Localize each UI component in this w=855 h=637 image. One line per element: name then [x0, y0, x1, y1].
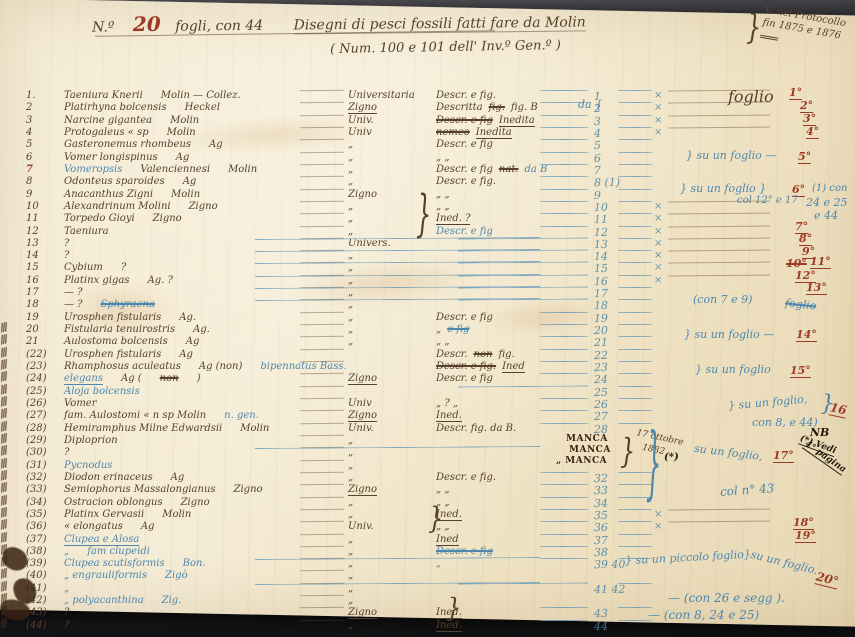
handwritten-text: Zigno [153, 213, 182, 224]
blue-pencil-line [618, 188, 652, 189]
connector-line [300, 164, 344, 165]
description-note: Descr.nonfig. [436, 349, 521, 360]
margin-annotation: 5° [798, 150, 811, 163]
handwritten-text: Descr. e fig [436, 226, 493, 237]
donor-collection: Univ. [348, 115, 374, 126]
specimen-name: Diploprion [64, 435, 136, 446]
row-number: (39) [26, 558, 62, 569]
blue-pencil-line [540, 114, 588, 115]
connector-line [300, 620, 344, 621]
donor-collection: Univ. [348, 423, 374, 434]
blue-pencil-line [540, 361, 588, 362]
handwritten-text: nemeo [436, 127, 470, 138]
row-number: 4 [26, 127, 62, 138]
margin-annotation: } su un piccolo foglio} [625, 548, 751, 568]
handwritten-text: fam clupeidi [87, 546, 150, 557]
sequence-number: 37 [594, 533, 608, 546]
handwritten-text: „ [436, 558, 441, 569]
margin-annotation: — (con 8, 24 e 25) [648, 608, 759, 622]
row-number: 1. [26, 90, 62, 101]
blue-pencil-line [618, 225, 652, 226]
description-note: „ „ [436, 201, 456, 212]
handwritten-text: — ? [64, 287, 83, 298]
donor-collection: „ [348, 164, 353, 175]
description-note: „ „ [436, 189, 456, 200]
x-checkmark: × [654, 521, 662, 532]
row-number: 10 [26, 201, 62, 212]
specimen-name: Alexandrinum MoliniZigno [64, 201, 236, 212]
handwritten-text: „ „ [436, 484, 450, 495]
grouping-brace: } [620, 434, 635, 458]
specimen-name: Urosphen fistularisAg. [64, 312, 214, 323]
connector-line [300, 151, 344, 152]
donor-collection: „ [348, 287, 353, 298]
blue-pencil-line [540, 620, 588, 621]
handwritten-text: Vomer [64, 398, 97, 409]
sequence-number: 19 [594, 312, 608, 325]
handwritten-text: su un foglio. [749, 548, 819, 577]
manuscript-content: N.º 20 fogli, con 44 Disegni di pesci fo… [0, 0, 855, 637]
connector-line [300, 349, 344, 350]
handwritten-text: } [446, 595, 461, 621]
sequence-number: 44 [594, 620, 608, 633]
row-number: (27) [26, 410, 62, 421]
x-checkmark: × [654, 275, 662, 286]
blue-pencil-line [618, 361, 652, 362]
description-note: Ined. [436, 410, 468, 421]
handwritten-text: Zigno [189, 201, 218, 212]
description-note: „e fig [436, 324, 475, 335]
handwritten-text: bipennatus Bass. [260, 361, 346, 372]
handwritten-text: Ined. [436, 410, 462, 422]
margin-annotation: su un foglio. [749, 548, 819, 577]
handwritten-text: elegans [64, 373, 103, 385]
handwritten-text: Cybium [64, 262, 103, 273]
handwritten-text: Odonteus sparoides [64, 176, 165, 187]
margin-annotation: 2° [800, 99, 813, 112]
row-number: 11 [26, 213, 62, 224]
handwritten-text: Ag [209, 139, 223, 150]
handwritten-text: non [160, 373, 179, 384]
blue-pencil-line [618, 238, 652, 239]
handwritten-text: Descritta [436, 102, 483, 113]
specimen-name: Platinx gigasAg. ? [64, 275, 191, 286]
handwritten-text: da { [578, 98, 602, 111]
row-number: 19 [26, 312, 62, 323]
margin-annotation: } su un foglio — [684, 328, 774, 341]
blue-pencil-line [618, 164, 652, 165]
connector-line [300, 102, 344, 103]
description-note: „ „ [436, 152, 456, 163]
margin-annotation: 8° [799, 232, 812, 245]
sequence-number: 38 [594, 546, 608, 559]
donor-collection: Univers. [348, 238, 391, 249]
handwritten-text: Zigò [165, 570, 188, 581]
specimen-name: Taeniura [64, 226, 127, 237]
blue-pencil-line [540, 201, 588, 202]
row-number: (31) [26, 460, 62, 471]
blue-pencil-line [618, 139, 652, 140]
handwritten-text: col 12° e 17 [737, 195, 798, 206]
handwritten-text: e 44 [814, 209, 838, 222]
handwritten-text: Taeniura [64, 226, 109, 237]
connector-line [300, 139, 344, 140]
blue-pencil-line [540, 496, 588, 497]
handwritten-text: 4° [806, 125, 819, 139]
donor-collection: „ [348, 336, 353, 347]
connector-line [300, 607, 344, 608]
blue-pencil-line [618, 386, 652, 387]
handwritten-text: 3° [803, 112, 816, 126]
sequence-number: 36 [594, 521, 608, 534]
handwritten-text: Ag. [179, 312, 196, 323]
specimen-name: Odonteus sparoidesAg [64, 176, 214, 187]
connector-line [300, 521, 344, 522]
handwritten-text: „ „ [436, 189, 450, 200]
specimen-name: Semiophorus MassalongianusZigno [64, 484, 281, 495]
description-note: Descr. e fig. [436, 176, 502, 187]
description-note: „ [436, 558, 447, 569]
blue-pencil-line [540, 164, 588, 165]
donor-collection: „ [348, 152, 353, 163]
handwritten-text: 14° [796, 328, 817, 342]
description-note: Descr. fig. da B. [436, 423, 522, 434]
row-number: (30) [26, 447, 62, 458]
blue-pencil-line [618, 521, 652, 522]
handwritten-text: Descr. e fig. [436, 176, 496, 187]
blue-pencil-line [618, 287, 652, 288]
margin-annotation: 1° [789, 86, 802, 99]
blue-pencil-line [540, 558, 588, 559]
handwritten-text: Descr. fig. da B. [436, 423, 516, 434]
handwritten-text: Hemiramphus Milne Edwardsii [64, 423, 222, 434]
handwritten-text: e fig [447, 324, 469, 335]
connector-line [668, 274, 770, 276]
handwritten-text: Descr. e fig [436, 546, 493, 557]
handwritten-text: foglio [728, 87, 774, 106]
margin-annotation: MANCA [569, 445, 611, 455]
connector-line [300, 312, 344, 313]
handwritten-text: fig. B [511, 102, 538, 113]
description-note: „ ? „ [436, 398, 464, 409]
handwritten-text: fig. [489, 102, 505, 113]
sequence-number: 18 [594, 299, 608, 312]
margin-annotation: 17° [773, 449, 794, 462]
row-number: 20 [26, 324, 62, 335]
connector-line [300, 324, 344, 325]
connector-line [300, 484, 344, 485]
donor-collection: „ [348, 299, 353, 310]
blue-pencil-line [618, 262, 652, 263]
row-number: (40) [26, 570, 62, 581]
specimen-name: Rhamphosus aculeatusAg (non)bipennatus B… [64, 361, 365, 372]
blue-pencil-line [540, 533, 588, 534]
handwritten-text: con 8, e 44) [752, 416, 818, 429]
margin-annotation: (1) con [812, 183, 847, 194]
blue-pencil-line [458, 250, 588, 252]
handwritten-text: } [620, 434, 635, 468]
handwritten-text: Descr. e fig. [436, 472, 496, 483]
blue-pencil-line [618, 90, 652, 91]
handwritten-text: fig. [498, 349, 514, 360]
handwritten-text: „ „ [436, 201, 450, 212]
handwritten-text: « elongatus [64, 521, 123, 532]
margin-annotation: } su un foglio } [680, 182, 766, 195]
handwritten-text: 17° [773, 449, 794, 463]
handwritten-text: ? [121, 262, 126, 273]
specimen-name: Anacanthus ZigniMolin [64, 189, 218, 200]
blue-pencil-line [255, 557, 540, 560]
handwritten-text: Alexandrinum Molini [64, 201, 171, 212]
row-number: 3 [26, 115, 62, 126]
handwritten-text: Platinx Gervasii [64, 509, 144, 520]
handwritten-text: } su un foglio [695, 363, 771, 376]
blue-pencil-line [618, 299, 652, 300]
row-number: 2 [26, 102, 62, 113]
row-number: (38) [26, 546, 62, 557]
x-checkmark: × [654, 509, 662, 520]
row-number: 13 [26, 238, 62, 249]
row-number: (25) [26, 386, 62, 397]
handwritten-text: Pycnodus [64, 460, 112, 471]
sequence-number: 21 [594, 336, 608, 349]
protocol-side-note: V. nel Protocollo fin 1875 e 1876 [759, 3, 847, 56]
description-note: Ined. ? [436, 213, 476, 224]
blue-pencil-line [618, 250, 652, 251]
handwritten-text: Ag. ? [147, 275, 172, 286]
row-number: (29) [26, 435, 62, 446]
handwritten-text: Inedita [476, 127, 512, 139]
connector-line [668, 262, 770, 264]
blue-pencil-line [618, 213, 652, 214]
blue-pencil-line [540, 349, 588, 350]
donor-collection: „ [348, 275, 353, 286]
handwritten-text: Ag [186, 336, 200, 347]
handwritten-text: Zigno [181, 497, 210, 508]
row-number: 6 [26, 152, 62, 163]
blue-pencil-line [540, 225, 588, 226]
specimen-name: — ? [64, 287, 101, 298]
donor-collection: Zigno [348, 607, 377, 619]
row-number: (44) [26, 620, 62, 631]
connector-line [300, 496, 344, 497]
sequence-number: 15 [594, 262, 608, 275]
margin-annotation: (*) [664, 452, 679, 463]
margin-annotation: 13° [806, 281, 827, 294]
handwritten-text: Ostracion oblongus [64, 497, 163, 508]
donor-collection: Univ [348, 398, 372, 409]
row-number: 18 [26, 299, 62, 310]
handwritten-text: Vomer longispinus [64, 152, 158, 163]
blue-pencil-line [618, 546, 652, 547]
specimen-name: ? [64, 607, 87, 618]
margin-annotation: } su un foglio, [728, 393, 808, 413]
handwritten-text: Ined. ? [436, 213, 470, 225]
margin-annotation: su un foglio, [693, 442, 763, 463]
description-note: Descr. e fignat.da B [436, 164, 553, 175]
handwritten-text: Molin [228, 164, 257, 175]
specimen-name: Aulostoma bolcensisAg [64, 336, 217, 347]
donor-collection: „ [348, 213, 353, 224]
donor-collection: Zigno [348, 410, 377, 422]
handwritten-text: 16 [829, 400, 848, 418]
row-number: 14 [26, 250, 62, 261]
handwritten-text: non [474, 349, 493, 360]
grouping-brace: } [446, 595, 461, 619]
title-mid: fogli, con 44 [175, 18, 263, 35]
x-checkmark: × [654, 102, 662, 113]
blue-pencil-line [618, 336, 652, 337]
handwritten-text: 24 e 25 [806, 196, 848, 209]
row-number: (26) [26, 398, 62, 409]
description-note: Descr. e fig [436, 312, 499, 323]
grouping-brace: } [416, 189, 431, 213]
sequence-number: 41 42 [594, 583, 626, 597]
row-number: (37) [26, 534, 62, 545]
handwritten-text: foglio [784, 296, 817, 312]
description-note: Descr. e fig. [436, 472, 502, 483]
handwritten-text: 13° [806, 281, 827, 295]
handwritten-text: ? [64, 250, 69, 261]
row-number: (23) [26, 361, 62, 372]
margin-annotation: — (con 26 e segg ). [668, 591, 785, 605]
handwritten-text: col n° 43 [720, 481, 775, 499]
handwritten-text: „ [436, 324, 441, 335]
handwritten-text: 18° [793, 516, 814, 530]
handwritten-text: da B [524, 164, 547, 175]
x-checkmark: × [654, 115, 662, 126]
blue-pencil-line [618, 607, 652, 608]
specimen-name: Hemiramphus Milne EdwardsiiMolin [64, 423, 287, 434]
handwritten-text: } [416, 189, 431, 239]
donor-collection: „ [348, 447, 353, 458]
row-number: (35) [26, 509, 62, 520]
specimen-name: Ostracion oblongusZigno [64, 497, 228, 508]
row-number: 5 [26, 139, 62, 150]
donor-collection: „ [348, 312, 353, 323]
specimen-name: Gasteronemus rhombeusAg [64, 139, 241, 150]
handwritten-text: ? [64, 607, 69, 618]
handwritten-text: Diodon erinaceus [64, 472, 153, 483]
handwritten-text: 1° [789, 86, 802, 100]
handwritten-text: Bon. [183, 558, 206, 569]
handwritten-text: Clupea scutisformis [64, 558, 165, 569]
description-note: „ „ [436, 336, 456, 347]
handwritten-text: } su un foglio } [680, 182, 766, 195]
sequence-number: 6 [594, 152, 601, 165]
specimen-name: ? [64, 238, 87, 249]
margin-annotation: } su un foglio — [686, 149, 776, 162]
row-number: (36) [26, 521, 62, 532]
x-checkmark: × [654, 201, 662, 212]
specimen-name: „ engrauliformisZigò [64, 570, 206, 581]
blue-pencil-line [540, 398, 588, 399]
handwritten-text: 8° [799, 232, 812, 246]
handwritten-text: Ag [141, 521, 155, 532]
donor-collection: Zigno [348, 373, 377, 385]
blue-pencil-line [618, 127, 652, 128]
handwritten-text: Platirhyna bolcensis [64, 102, 167, 113]
handwritten-text: nat. [499, 164, 519, 175]
handwritten-text: Descr. [436, 349, 468, 360]
margin-annotation: MANCA [566, 434, 608, 444]
row-number: (43) [26, 607, 62, 618]
sequence-number: 27 [594, 410, 608, 423]
handwritten-text: ? [64, 238, 69, 249]
blue-pencil-line [618, 398, 652, 399]
description-note: Descr. e fig.Ined [436, 361, 531, 372]
blue-pencil-line [540, 472, 588, 473]
blue-pencil-line [618, 373, 652, 374]
connector-line [300, 188, 344, 189]
connector-line [668, 127, 770, 129]
margin-annotation: „ MANCA [556, 456, 607, 466]
row-number: 21 [26, 336, 62, 347]
handwritten-text: Molin [171, 189, 200, 200]
connector-line [300, 533, 344, 534]
handwritten-text: Aloja bolcensis [64, 386, 140, 397]
row-number: 7 [26, 164, 62, 175]
blue-pencil-line [458, 299, 588, 301]
connector-line [300, 570, 344, 571]
handwritten-text: Descr. e fig [436, 139, 493, 150]
sequence-number: 22 [594, 349, 608, 362]
row-number: 17 [26, 287, 62, 298]
handwritten-text: (con 7 e 9) [693, 293, 752, 306]
specimen-name: Protogaleus « spMolin [64, 127, 214, 138]
specimen-name: „fam clupeidi [64, 546, 168, 557]
handwritten-text: } su un piccolo foglio} [625, 548, 751, 568]
blue-pencil-line [458, 385, 588, 387]
margin-annotation: 20° [815, 569, 840, 588]
donor-collection: „ [348, 583, 353, 594]
description-note: Descr. e fig [436, 546, 499, 557]
description-note: „ „ [436, 484, 456, 495]
sequence-number: 9 [594, 188, 601, 201]
handwritten-text: 2° [800, 99, 813, 113]
description-note: Descr. e fig [436, 139, 499, 150]
donor-collection: „ [348, 472, 353, 483]
x-checkmark: × [654, 213, 662, 224]
row-number: (22) [26, 349, 62, 360]
handwritten-text: ) [197, 373, 201, 384]
handwritten-text: Molin — Collez. [161, 90, 241, 101]
description-note: Descr. e fig. [436, 90, 502, 101]
handwritten-text: MANCA [566, 434, 608, 444]
specimen-name: VomeropsisValenciennesiMolin [64, 164, 275, 175]
donor-collection: Univ [348, 127, 372, 138]
specimen-name: ? [64, 447, 87, 458]
blue-pencil-line [540, 188, 588, 189]
connector-line [300, 176, 344, 177]
handwritten-text: Taeniura Knerii [64, 90, 143, 101]
row-number: 8 [26, 176, 62, 187]
handwritten-text: } su un foglio, [728, 393, 808, 413]
margin-annotation: 15° [790, 364, 811, 377]
handwritten-text: Ag ( [121, 373, 142, 384]
blue-pencil-line [540, 509, 588, 510]
handwritten-text: Vomeropsis [64, 164, 122, 175]
blue-pencil-line [618, 533, 652, 534]
description-note: nemeoInedita [436, 127, 518, 138]
blue-pencil-line [618, 176, 652, 177]
sequence-number: 3 [594, 115, 601, 128]
margin-annotation: 11° [810, 255, 831, 268]
description-note: Descr. e figInedita [436, 115, 541, 126]
handwritten-text: } su un foglio — [686, 149, 776, 162]
handwritten-text: } [646, 423, 661, 503]
handwritten-text: Ag [171, 472, 185, 483]
